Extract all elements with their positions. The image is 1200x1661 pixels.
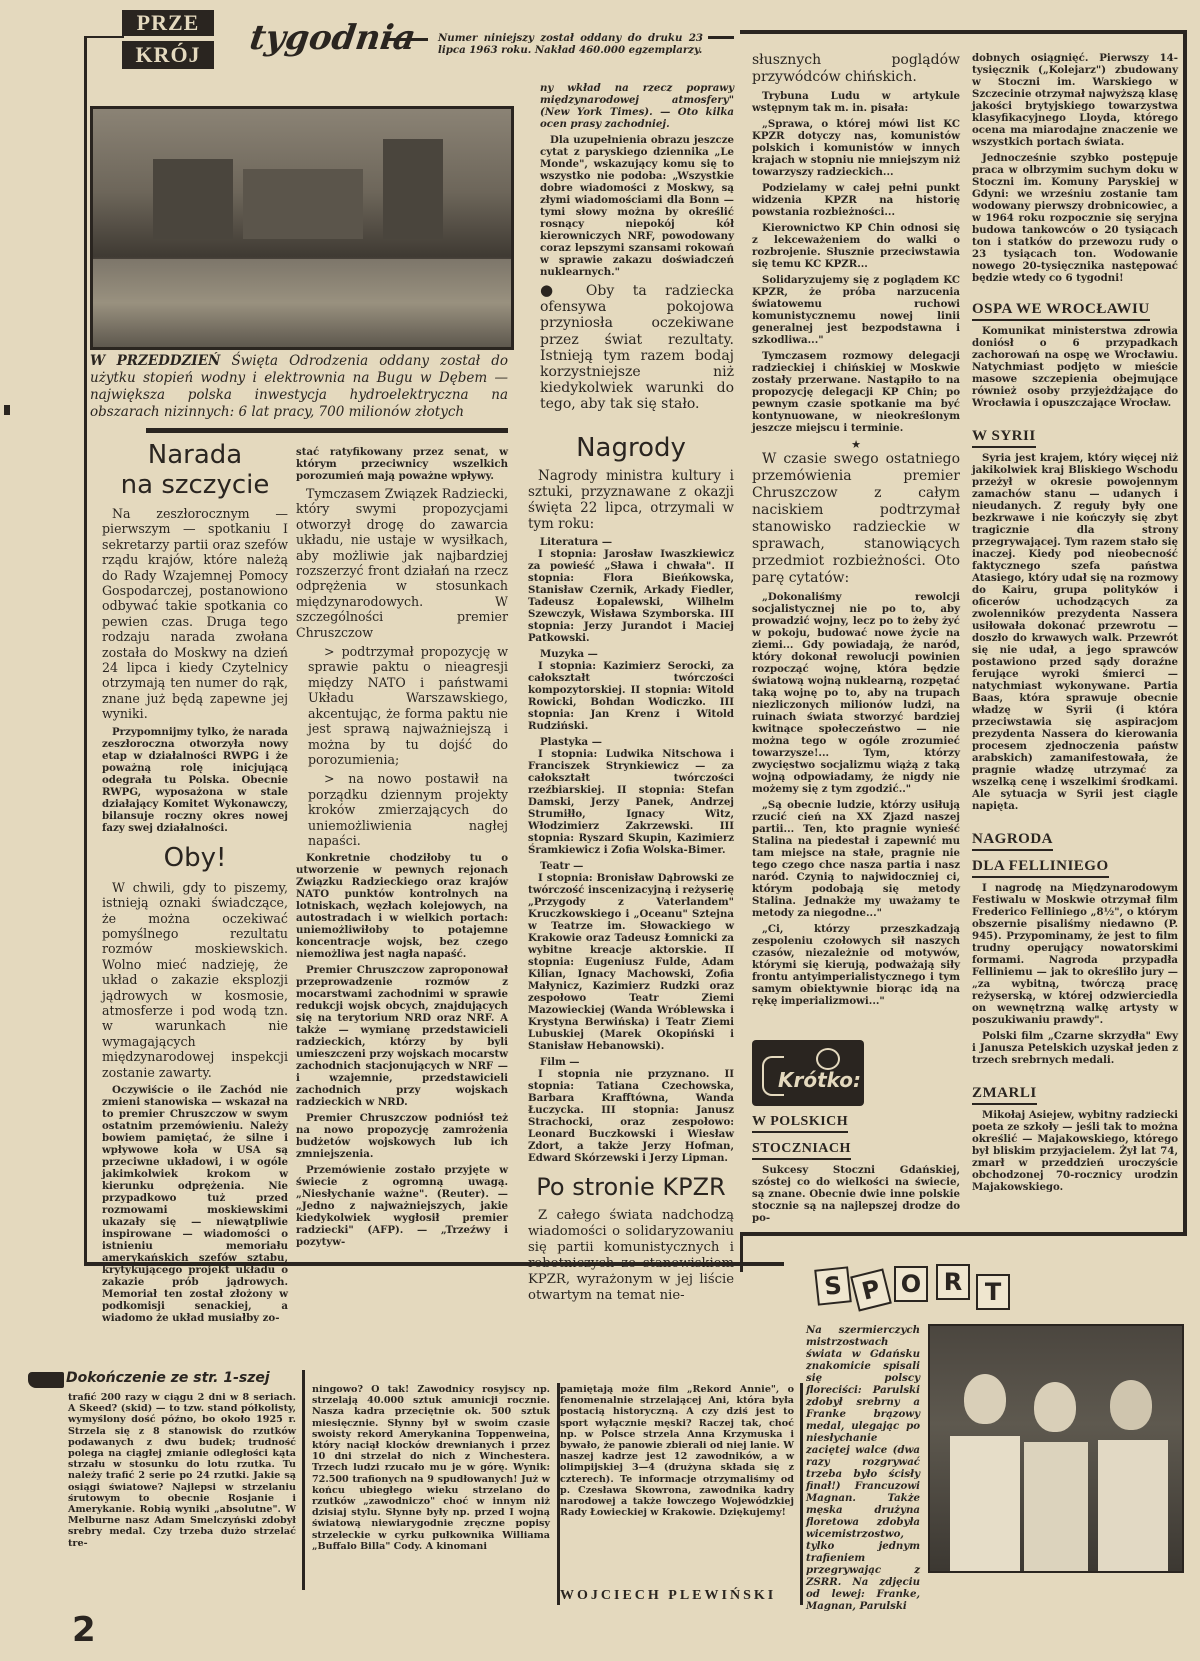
photo-face-parulski — [1110, 1380, 1152, 1430]
nagrody-muzyka: Muzyka — I stopnia: Kazimierz Serocki, z… — [528, 648, 734, 732]
frame-bottom-right — [740, 1232, 1187, 1236]
frame-top-left — [84, 36, 124, 38]
bullet-icon: ● — [540, 281, 586, 299]
krotko-section: W POLSKICH STOCZNIACH Sukcesy Stoczni Gd… — [752, 1110, 960, 1228]
nagrody-teatr: Teatr — I stopnia: Bronisław Dąbrowski z… — [528, 860, 734, 1052]
zmarli-heading: ZMARLI — [972, 1085, 1037, 1105]
col3-top: ny wkład na rzecz poprawy międzynarodowe… — [540, 82, 734, 417]
frame-top-right — [740, 30, 1185, 34]
col2: stać ratyfikowany przez senat, w którym … — [296, 446, 508, 1252]
nagrody-film: Film — I stopnia nie przyznano. II stopn… — [528, 1056, 734, 1164]
photo-body-1 — [950, 1436, 1020, 1571]
continuation-col1: trafić 200 razy w ciągu 2 dni w 8 seriac… — [68, 1392, 296, 1549]
fellini-heading-2: DLA FELLINIEGO — [972, 858, 1109, 878]
sport-logo: S P O R T — [812, 1262, 1012, 1318]
phone-dial-icon — [816, 1048, 840, 1070]
masthead-dash — [388, 38, 428, 41]
narada-heading-1: Narada — [102, 440, 288, 470]
frame-left — [84, 36, 87, 1266]
nagrody-section: Nagrody Nagrody ministra kultury i sztuk… — [528, 432, 734, 1308]
hydroelectric-photo — [90, 106, 514, 350]
fellini-heading-1: NAGRODA — [972, 831, 1053, 851]
masthead-dash-right — [708, 36, 734, 39]
masthead-logo: PRZE KRÓJ — [122, 10, 214, 69]
fencing-caption: Na szermierczych mistrzostwach świata w … — [806, 1324, 920, 1612]
page-number: 2 — [72, 1610, 96, 1650]
star-separator: ★ — [752, 438, 960, 451]
arrow-bullet-icon: > — [324, 644, 335, 659]
col5: dobnych osiągnięć. Pierwszy 14-tysięczni… — [972, 52, 1178, 1197]
author-signature: WOJCIECH PLEWIŃSKI — [560, 1588, 776, 1604]
ospa-heading: OSPA WE WROCŁAWIU — [972, 301, 1150, 321]
continuation-col3: pamiętają może film „Rekord Annie", o fe… — [560, 1384, 794, 1518]
pointing-hand-icon — [28, 1372, 64, 1388]
photo-body-2 — [1024, 1442, 1088, 1571]
narada-rule — [146, 428, 508, 433]
oby-heading: Oby! — [102, 842, 288, 874]
photo-tower — [383, 139, 443, 239]
fencers-photo — [928, 1324, 1184, 1573]
photo-building-left — [153, 159, 233, 239]
krotko-logo: Krótko: — [752, 1040, 864, 1106]
continuation-header: Dokończenie ze str. 1-szej — [66, 1370, 270, 1386]
col1: Narada na szczycie Na zeszłorocznym — pi… — [102, 440, 288, 1328]
logo-top: PRZE — [122, 10, 214, 36]
photo-water — [93, 259, 511, 347]
nagrody-plastyka: Plastyka — I stopnia: Ludwika Nitschowa … — [528, 736, 734, 856]
logo-bottom: KRÓJ — [122, 41, 214, 69]
continuation-col2: ningowo? O tak! Zawodnicy rosyjscy np. s… — [312, 1384, 550, 1552]
photo-building-mid — [243, 169, 363, 239]
nagrody-literatura: Literatura — I stopnia: Jarosław Iwaszki… — [528, 536, 734, 644]
photo-caption: W PRZEDDZIEŃ Święta Odrodzenia oddany zo… — [90, 353, 508, 421]
frame-right — [1183, 30, 1187, 1235]
photo-face-franke — [964, 1374, 1006, 1424]
arrow-bullet-icon: > — [324, 771, 335, 786]
photo-body-3 — [1098, 1440, 1168, 1571]
print-note: Numer niniejszy został oddany do druku 2… — [438, 32, 703, 56]
syria-heading: W SYRII — [972, 428, 1036, 448]
margin-mark — [4, 405, 10, 415]
frame-step — [740, 1232, 743, 1272]
col4-top: słusznych poglądów przywódców chińskich.… — [752, 52, 960, 1011]
narada-heading-2: na szczycie — [102, 470, 288, 500]
kpzr-heading: Po stronie KPZR — [528, 1172, 734, 1202]
nagrody-heading: Nagrody — [528, 432, 734, 464]
photo-face-magnan — [1034, 1382, 1076, 1432]
